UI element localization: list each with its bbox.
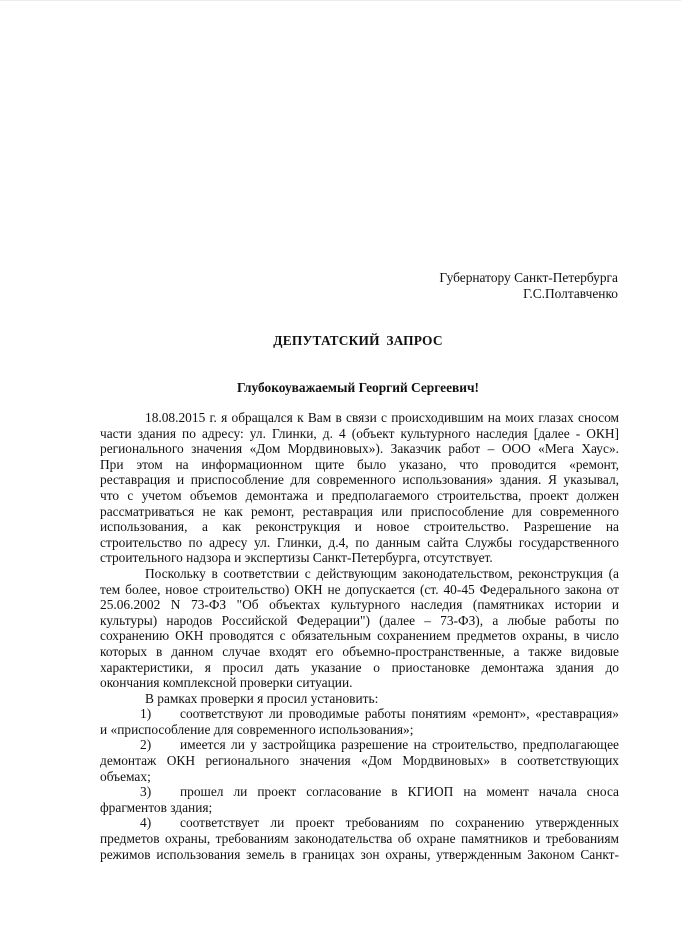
text-line: что с учетом объемов демонтажа и предпол… bbox=[100, 488, 619, 504]
text-line: сохранению ОКН проводятся с обязательным… bbox=[100, 628, 619, 644]
text-line: характеристики, я просил дать указание о… bbox=[100, 660, 619, 676]
text-line: Поскольку в соответствии с действующим з… bbox=[100, 566, 619, 582]
text-line: демонтаж ОКН регионального значения «Дом… bbox=[100, 753, 619, 769]
text-line: культуры) народов Российской Федерации")… bbox=[100, 613, 619, 629]
text-line: фрагментов здания; bbox=[100, 800, 619, 816]
list-number: 4) bbox=[140, 815, 180, 831]
document-title: ДЕПУТАТСКИЙ ЗАПРОС bbox=[0, 333, 681, 349]
list-item-text: соответствует ли проект требованиям по с… bbox=[180, 815, 619, 830]
list-number: 1) bbox=[140, 706, 180, 722]
text-line: строительного надзора и экспертизы Санкт… bbox=[100, 550, 619, 566]
text-line: В рамках проверки я просил установить: bbox=[100, 691, 619, 707]
text-line: При этом на информационном щите было ука… bbox=[100, 457, 619, 473]
addressee-block: Губернатору Санкт-Петербурга Г.С.Полтавч… bbox=[439, 270, 618, 302]
text-line: строительство по адресу ул. Глинки, д.4,… bbox=[100, 535, 619, 551]
numbered-list: 1)соответствуют ли проводимые работы пон… bbox=[100, 706, 619, 862]
text-line: объемах; bbox=[100, 769, 619, 785]
document-page: Губернатору Санкт-Петербурга Г.С.Полтавч… bbox=[0, 0, 681, 946]
list-item-3: 3)прошел ли проект согласование в КГИОП … bbox=[100, 784, 619, 815]
addressee-position: Губернатору Санкт-Петербурга bbox=[439, 270, 618, 286]
list-number: 3) bbox=[140, 784, 180, 800]
list-item-first-line: 2)имеется ли у застройщика разрешение на… bbox=[100, 737, 619, 753]
text-line: предметов охраны, требованиям законодате… bbox=[100, 831, 619, 847]
text-line: рассматриваться не как ремонт, реставрац… bbox=[100, 504, 619, 520]
paragraph-3: В рамках проверки я просил установить: bbox=[100, 691, 619, 707]
text-line: и «приспособление для современного испол… bbox=[100, 722, 619, 738]
list-item-4: 4)соответствует ли проект требованиям по… bbox=[100, 815, 619, 862]
text-line: окончания комплексной проверки ситуации. bbox=[100, 675, 619, 691]
list-item-2: 2)имеется ли у застройщика разрешение на… bbox=[100, 737, 619, 784]
text-line: реставрация и приспособление для совреме… bbox=[100, 472, 619, 488]
text-line: 18.08.2015 г. я обращался к Вам в связи … bbox=[100, 410, 619, 426]
document-body: 18.08.2015 г. я обращался к Вам в связи … bbox=[100, 410, 619, 862]
list-item-1: 1)соответствуют ли проводимые работы пон… bbox=[100, 706, 619, 737]
paragraph-1: 18.08.2015 г. я обращался к Вам в связи … bbox=[100, 410, 619, 566]
text-line: регионального значения «Дом Мордвиновых»… bbox=[100, 441, 619, 457]
list-item-first-line: 1)соответствуют ли проводимые работы пон… bbox=[100, 706, 619, 722]
salutation: Глубокоуважаемый Георгий Сергеевич! bbox=[0, 380, 681, 396]
text-line: части здания по адресу: ул. Глинки, д. 4… bbox=[100, 426, 619, 442]
list-number: 2) bbox=[140, 737, 180, 753]
paragraph-2: Поскольку в соответствии с действующим з… bbox=[100, 566, 619, 691]
text-line: которых в данном случае входят его объем… bbox=[100, 644, 619, 660]
text-line: использования, а как реконструкция и нов… bbox=[100, 519, 619, 535]
list-item-first-line: 4)соответствует ли проект требованиям по… bbox=[100, 815, 619, 831]
text-line: тем более, новое строительство) ОКН не д… bbox=[100, 582, 619, 598]
list-item-text: имеется ли у застройщика разрешение на с… bbox=[180, 737, 619, 752]
list-item-text: соответствуют ли проводимые работы понят… bbox=[180, 706, 619, 721]
text-line: режимов использования земель в границах … bbox=[100, 847, 619, 863]
text-line: 25.06.2002 N 73-ФЗ "Об объектах культурн… bbox=[100, 597, 619, 613]
list-item-first-line: 3)прошел ли проект согласование в КГИОП … bbox=[100, 784, 619, 800]
addressee-name: Г.С.Полтавченко bbox=[439, 286, 618, 302]
list-item-text: прошел ли проект согласование в КГИОП на… bbox=[180, 784, 619, 799]
